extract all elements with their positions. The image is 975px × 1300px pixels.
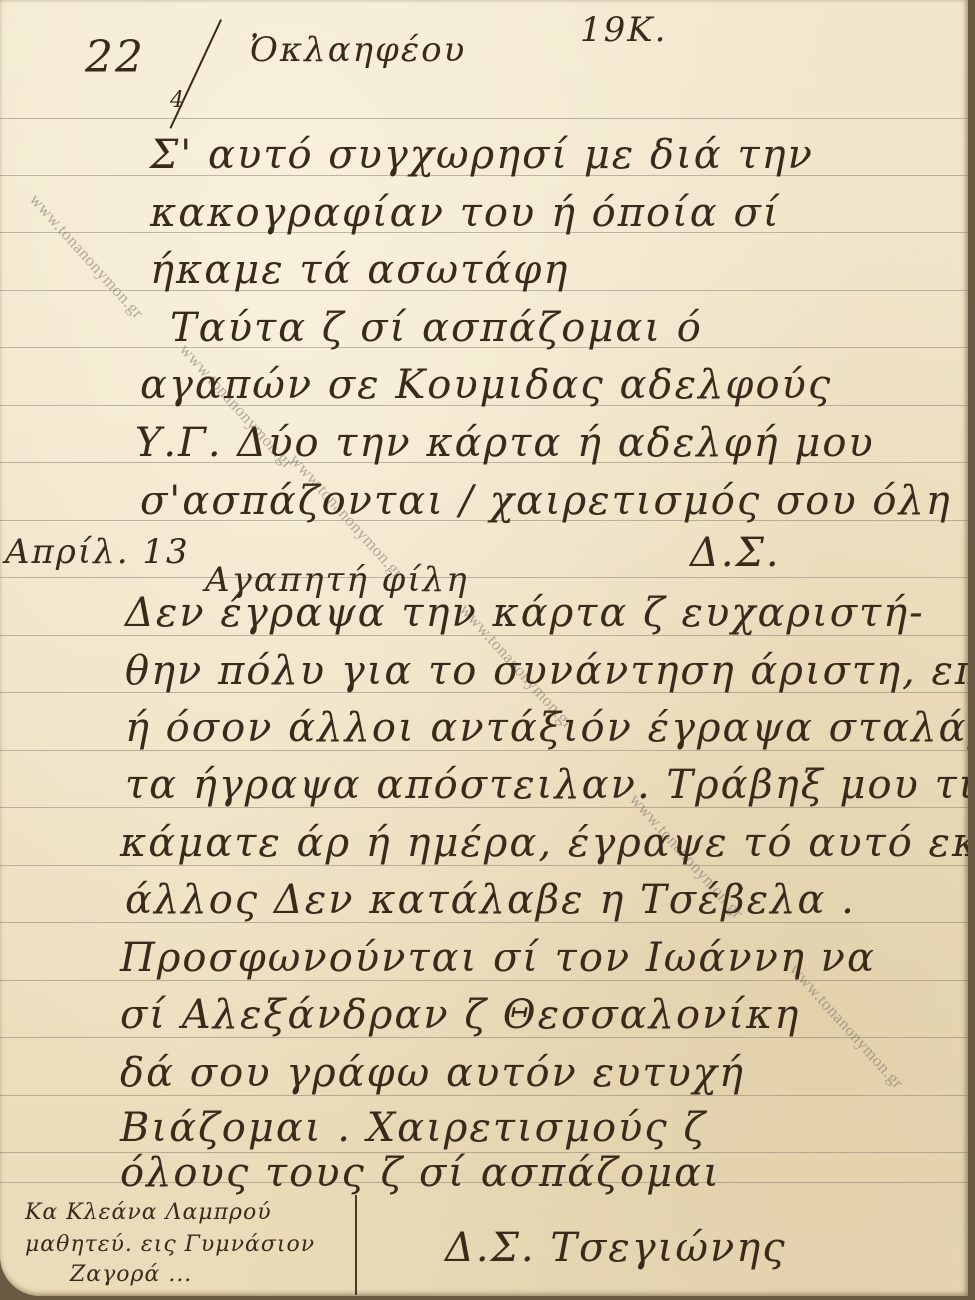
body-line-5: αγαπών σε Κουμιδας αδελφούς	[140, 362, 832, 408]
body-line-6: Υ.Γ. Δύο την κάρτα ή αδελφή μου	[135, 420, 875, 466]
margin-date: Απρίλ. 13	[5, 532, 190, 572]
body2-line-8: σί Αλεξάνδραν ζ Θεσσαλονίκη	[120, 992, 800, 1038]
body2-line-11: όλους τους ζ σί ασπάζομαι	[120, 1150, 721, 1196]
body2-line-4: τα ήγραψα απόστειλαν. Τράβηξ μου τι μαθή…	[125, 762, 968, 808]
body-line-4: Ταύτα ζ σί ασπάζομαι ό	[170, 305, 703, 351]
body2-line-7: Προσφωνούνται σί τον Ιωάννη να	[120, 935, 876, 981]
body2-line-2: θην πόλυ για το συνάντηση άριστη, επ-	[125, 648, 968, 694]
body-line-3: ήκαμε τά ασωτάφη	[150, 247, 569, 293]
body2-line-1: Δεν έγραψα την κάρτα ζ ευχαριστή-	[125, 590, 925, 636]
ruled-line	[0, 118, 968, 119]
body-line-2: κακογραφίαν του ή όποία σί	[150, 190, 781, 236]
body2-line-3: ή όσον άλλοι αντάξιόν έγραψα σταλάρ σε	[125, 705, 968, 751]
address-line-2: μαθητεύ. εις Γυμνάσιον	[25, 1232, 315, 1257]
date-year: 19Κ.	[580, 10, 667, 50]
date-month: 4	[170, 88, 185, 113]
letter-page: www.tonanonymon.gr www.tonanonymon.gr ww…	[0, 0, 968, 1296]
address-line-1: Κα Κλεάνα Λαμπρού	[25, 1200, 272, 1225]
body2-line-5: κάματε άρ ή ημέρα, έγραψε τό αυτό εκεί ή	[120, 820, 968, 866]
signature: Δ.Σ. Τσεγιώνης	[445, 1225, 787, 1271]
body2-line-9: δά σου γράφω αυτόν ευτυχή	[120, 1050, 745, 1096]
ruled-line	[0, 577, 968, 578]
closing-initials: Δ.Σ.	[690, 530, 781, 576]
date-place: Ὀκλαηφέου	[250, 30, 466, 70]
body-line-1: Σ' αυτό συγχωρησί με διά την	[150, 132, 814, 178]
watermark: www.tonanonymon.gr	[25, 190, 148, 323]
body2-line-6: άλλος Δεν κατάλαβε η Τσέβελα .	[125, 877, 856, 923]
body2-line-10: Βιάζομαι . Χαιρετισμούς ζ	[120, 1105, 707, 1151]
address-divider	[355, 1195, 357, 1295]
address-line-3: Ζαγορά ...	[70, 1262, 192, 1287]
date-day: 22	[85, 32, 145, 83]
body-line-7: σ'ασπάζονται / χαιρετισμός σου όλη .	[140, 478, 968, 524]
